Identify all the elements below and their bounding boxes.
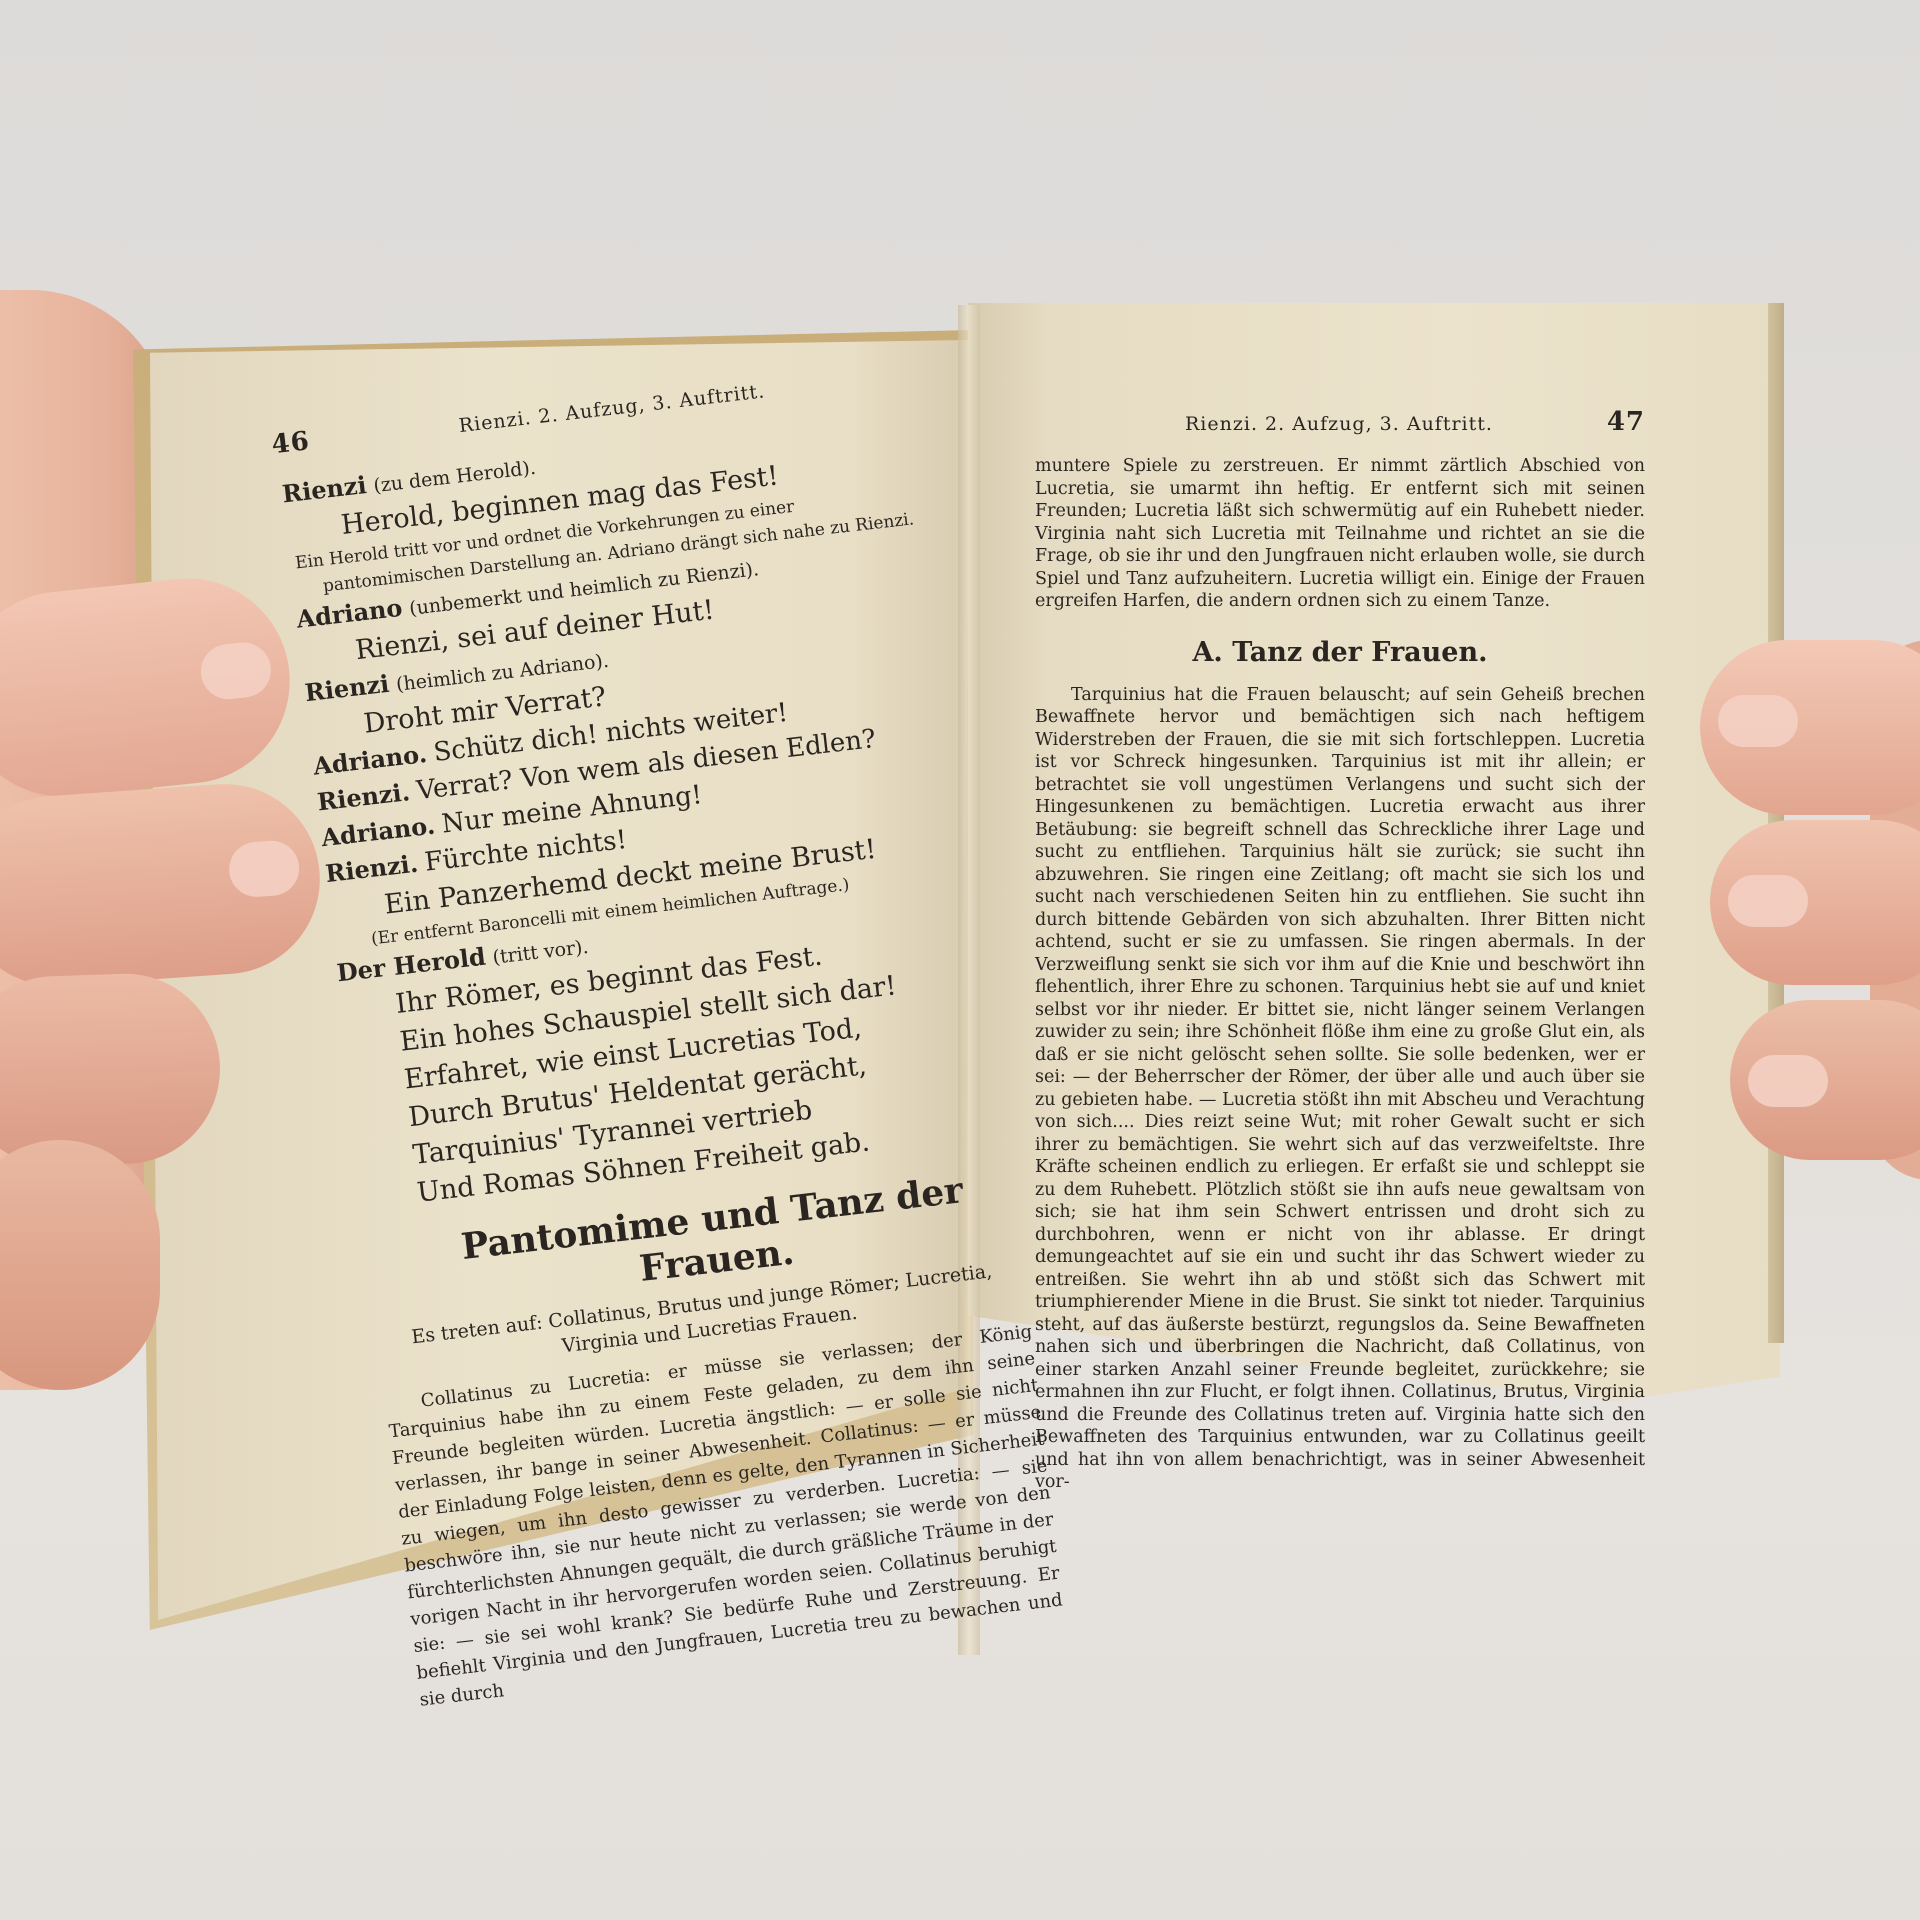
page-number-left: 46	[270, 426, 311, 460]
photo-scene: 46 Rienzi. 2. Aufzug, 3. Auftritt. Rienz…	[0, 0, 1920, 1920]
left-little-finger	[0, 1140, 160, 1390]
tanz-body: Tarquinius hat die Frauen belauscht; auf…	[1035, 684, 1645, 1494]
stage-direction: (tritt vor).	[491, 936, 589, 969]
section-title-tanz: A. Tanz der Frauen.	[1035, 637, 1645, 668]
fingernail	[1748, 1055, 1828, 1107]
right-index-finger	[1700, 640, 1920, 815]
speaker-name: Rienzi.	[316, 777, 412, 816]
running-head-title: Rienzi. 2. Aufzug, 3. Auftritt.	[1185, 413, 1493, 435]
fingernail	[1728, 875, 1808, 927]
fingernail	[198, 640, 273, 702]
speaker-name: Rienzi	[303, 669, 390, 707]
right-running-head: Rienzi. 2. Aufzug, 3. Auftritt. 47	[1035, 407, 1645, 437]
speaker-name: Rienzi	[281, 470, 368, 508]
right-page-text: Rienzi. 2. Aufzug, 3. Auftritt. 47 munte…	[1035, 415, 1645, 1494]
right-middle-finger	[1710, 820, 1920, 985]
speaker-name: Rienzi.	[324, 849, 420, 888]
intro-paragraph: muntere Spiele zu zerstreuen. Er nimmt z…	[1035, 455, 1645, 613]
fingernail	[227, 839, 301, 899]
right-ring-finger	[1730, 1000, 1920, 1160]
fingernail	[1718, 695, 1798, 747]
page-number-right: 47	[1607, 407, 1645, 437]
